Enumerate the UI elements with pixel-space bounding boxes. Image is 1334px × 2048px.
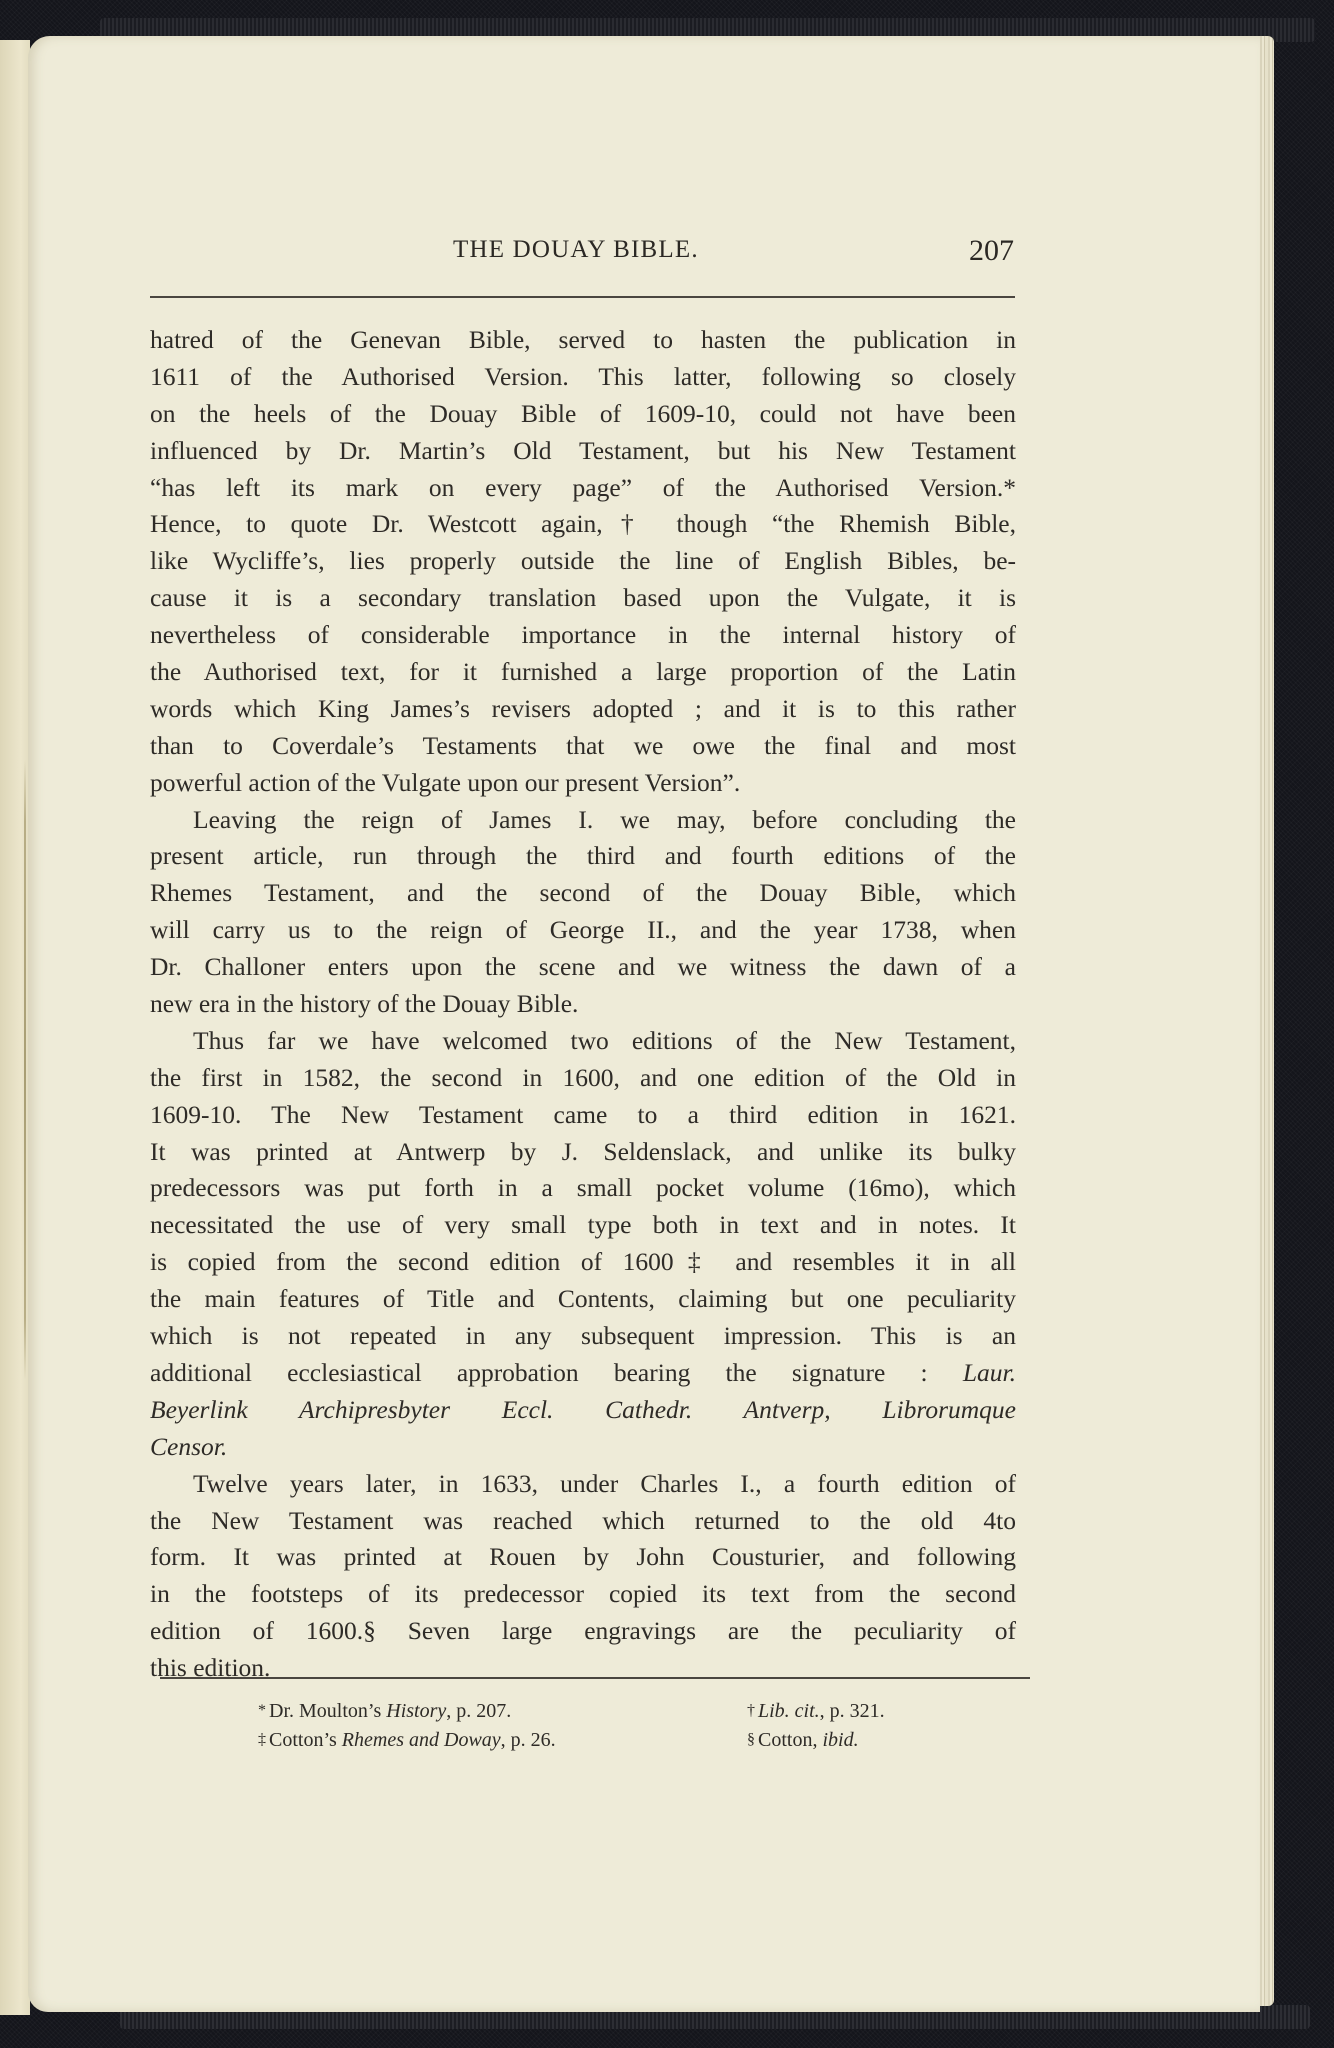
text-line: the main features of Title and Contents,… [150,1281,1016,1318]
footnote-text: Cotton, [758,1729,822,1751]
line-text: words which King James’s revisers adopte… [150,694,1016,723]
text-line: cause it is a secondary translation base… [150,580,1016,617]
footnote-section: §Cotton, ibid. [747,1725,859,1755]
footnote-mark: † [747,1702,755,1719]
line-text: form. It was printed at Rouen by John Co… [150,1542,1016,1571]
text-line: the New Testament was reached which retu… [150,1503,1016,1540]
line-text: necessitated the use of very small type … [150,1210,1016,1239]
footnote-title: History [386,1700,446,1722]
latin-signature: Censor. [150,1432,227,1461]
line-text: Rhemes Testament, and the second of the … [150,878,1016,907]
footnote-mark: ‡ [258,1731,266,1748]
footnote-rule [160,1677,1030,1679]
line-text: influenced by Dr. Martin’s Old Testament… [150,436,1016,465]
line-text: is copied from the second edition of 160… [150,1247,1016,1276]
line-text: which is not repeated in any subsequent … [150,1321,1016,1350]
text-line: than to Coverdale’s Testaments that we o… [150,728,1016,765]
text-line: 1611 of the Authorised Version. This lat… [150,359,1016,396]
line-text: powerful action of the Vulgate upon our … [150,768,740,797]
footnote-page: , p. 321. [820,1700,885,1722]
running-title: THE DOUAY BIBLE. [453,236,699,264]
line-text: on the heels of the Douay Bible of 1609-… [150,399,1016,428]
text-line: hatred of the Genevan Bible, served to h… [150,322,1016,359]
line-text: Dr. Challoner enters upon the scene and … [150,952,1016,981]
line-text: Twelve years later, in 1633, under Charl… [193,1469,1016,1498]
latin-signature: Beyerlink Archipresbyter Eccl. Cathedr. … [150,1395,1016,1424]
text-line: edition of 1600.§ Seven large engravings… [150,1613,1016,1650]
footnote-asterisk: *Dr. Moulton’s History, p. 207. [258,1696,511,1726]
text-line: additional ecclesiastical approbation be… [150,1355,1016,1392]
line-text: cause it is a secondary translation base… [150,583,1016,612]
line-text: Leaving the reign of James I. we may, be… [193,805,1016,834]
text-line: Leaving the reign of James I. we may, be… [150,802,1016,839]
text-line: present article, run through the third a… [150,838,1016,875]
line-text: the Authorised text, for it furnished a … [150,657,1016,686]
line-text: than to Coverdale’s Testaments that we o… [150,731,1016,760]
text-line: like Wycliffe’s, lies properly outside t… [150,543,1016,580]
text-line: powerful action of the Vulgate upon our … [150,765,1016,802]
text-line: is copied from the second edition of 160… [150,1244,1016,1281]
line-text: will carry us to the reign of George II.… [150,915,1016,944]
line-text: additional ecclesiastical approbation be… [150,1358,928,1387]
footnote-page: , p. 207. [446,1700,511,1722]
text-line: Censor. [150,1429,1016,1466]
line-text: edition of 1600.§ Seven large engravings… [150,1616,1016,1645]
line-text: “has left its mark on every page” of the… [150,473,1016,502]
footnote-mark: § [747,1731,755,1748]
text-line: necessitated the use of very small type … [150,1207,1016,1244]
page-number: 207 [969,234,1014,268]
text-line: “has left its mark on every page” of the… [150,470,1016,507]
line-text: 1611 of the Authorised Version. This lat… [150,362,1016,391]
text-line: words which King James’s revisers adopte… [150,691,1016,728]
page-crease [24,760,26,1380]
line-text: present article, run through the third a… [150,841,1016,870]
line-text: hatred of the Genevan Bible, served to h… [150,325,1016,354]
text-line: on the heels of the Douay Bible of 1609-… [150,396,1016,433]
line-text: new era in the history of the Douay Bibl… [150,989,578,1018]
line-text: the New Testament was reached which retu… [150,1506,1016,1535]
text-line: Thus far we have welcomed two editions o… [150,1023,1016,1060]
text-line: form. It was printed at Rouen by John Co… [150,1539,1016,1576]
line-text: the main features of Title and Contents,… [150,1284,1016,1313]
line-text: predecessors was put forth in a small po… [150,1173,1016,1202]
line-text: It was printed at Antwerp by J. Seldensl… [150,1137,1016,1166]
footnote-text: Dr. Moulton’s [269,1700,386,1722]
text-line: 1609-10. The New Testament came to a thi… [150,1097,1016,1134]
text-line: influenced by Dr. Martin’s Old Testament… [150,433,1016,470]
text-line: Hence, to quote Dr. Westcott again,† tho… [150,506,1016,543]
footnote-mark: * [258,1702,266,1719]
running-head: THE DOUAY BIBLE. 207 [150,236,1016,276]
line-text: the first in 1582, the second in 1600, a… [150,1063,1016,1092]
footnote-page: , p. 26. [501,1729,556,1751]
text-line: the first in 1582, the second in 1600, a… [150,1060,1016,1097]
footnote-title: ibid. [822,1729,858,1751]
body-text: hatred of the Genevan Bible, served to h… [150,322,1016,1687]
text-line: Beyerlink Archipresbyter Eccl. Cathedr. … [150,1392,1016,1429]
text-line: the Authorised text, for it furnished a … [150,654,1016,691]
line-text: Thus far we have welcomed two editions o… [193,1026,1016,1055]
text-line: It was printed at Antwerp by J. Seldensl… [150,1134,1016,1171]
text-line: this edition. [150,1650,1016,1687]
latin-signature: Laur. [963,1358,1016,1387]
footnote-dagger: †Lib. cit., p. 321. [747,1696,885,1726]
footnote-text: Cotton’s [269,1729,342,1751]
line-text: nevertheless of considerable importance … [150,620,1016,649]
text-line: will carry us to the reign of George II.… [150,912,1016,949]
line-text: 1609-10. The New Testament came to a thi… [150,1100,1016,1129]
text-line: new era in the history of the Douay Bibl… [150,986,1016,1023]
text-line: Twelve years later, in 1633, under Charl… [150,1466,1016,1503]
line-text: like Wycliffe’s, lies properly outside t… [150,546,1016,575]
text-line: predecessors was put forth in a small po… [150,1170,1016,1207]
text-line: Rhemes Testament, and the second of the … [150,875,1016,912]
footnote-title: Lib. cit. [758,1700,820,1722]
text-line: nevertheless of considerable importance … [150,617,1016,654]
header-rule [150,296,1015,298]
text-line: which is not repeated in any subsequent … [150,1318,1016,1355]
text-line: Dr. Challoner enters upon the scene and … [150,949,1016,986]
footnote-double-dagger: ‡Cotton’s Rhemes and Doway, p. 26. [258,1725,556,1755]
line-text: in the footsteps of its predecessor copi… [150,1579,1016,1608]
footnote-title: Rhemes and Doway [342,1729,501,1751]
line-text: Hence, to quote Dr. Westcott again,† tho… [150,509,1016,538]
text-line: in the footsteps of its predecessor copi… [150,1576,1016,1613]
